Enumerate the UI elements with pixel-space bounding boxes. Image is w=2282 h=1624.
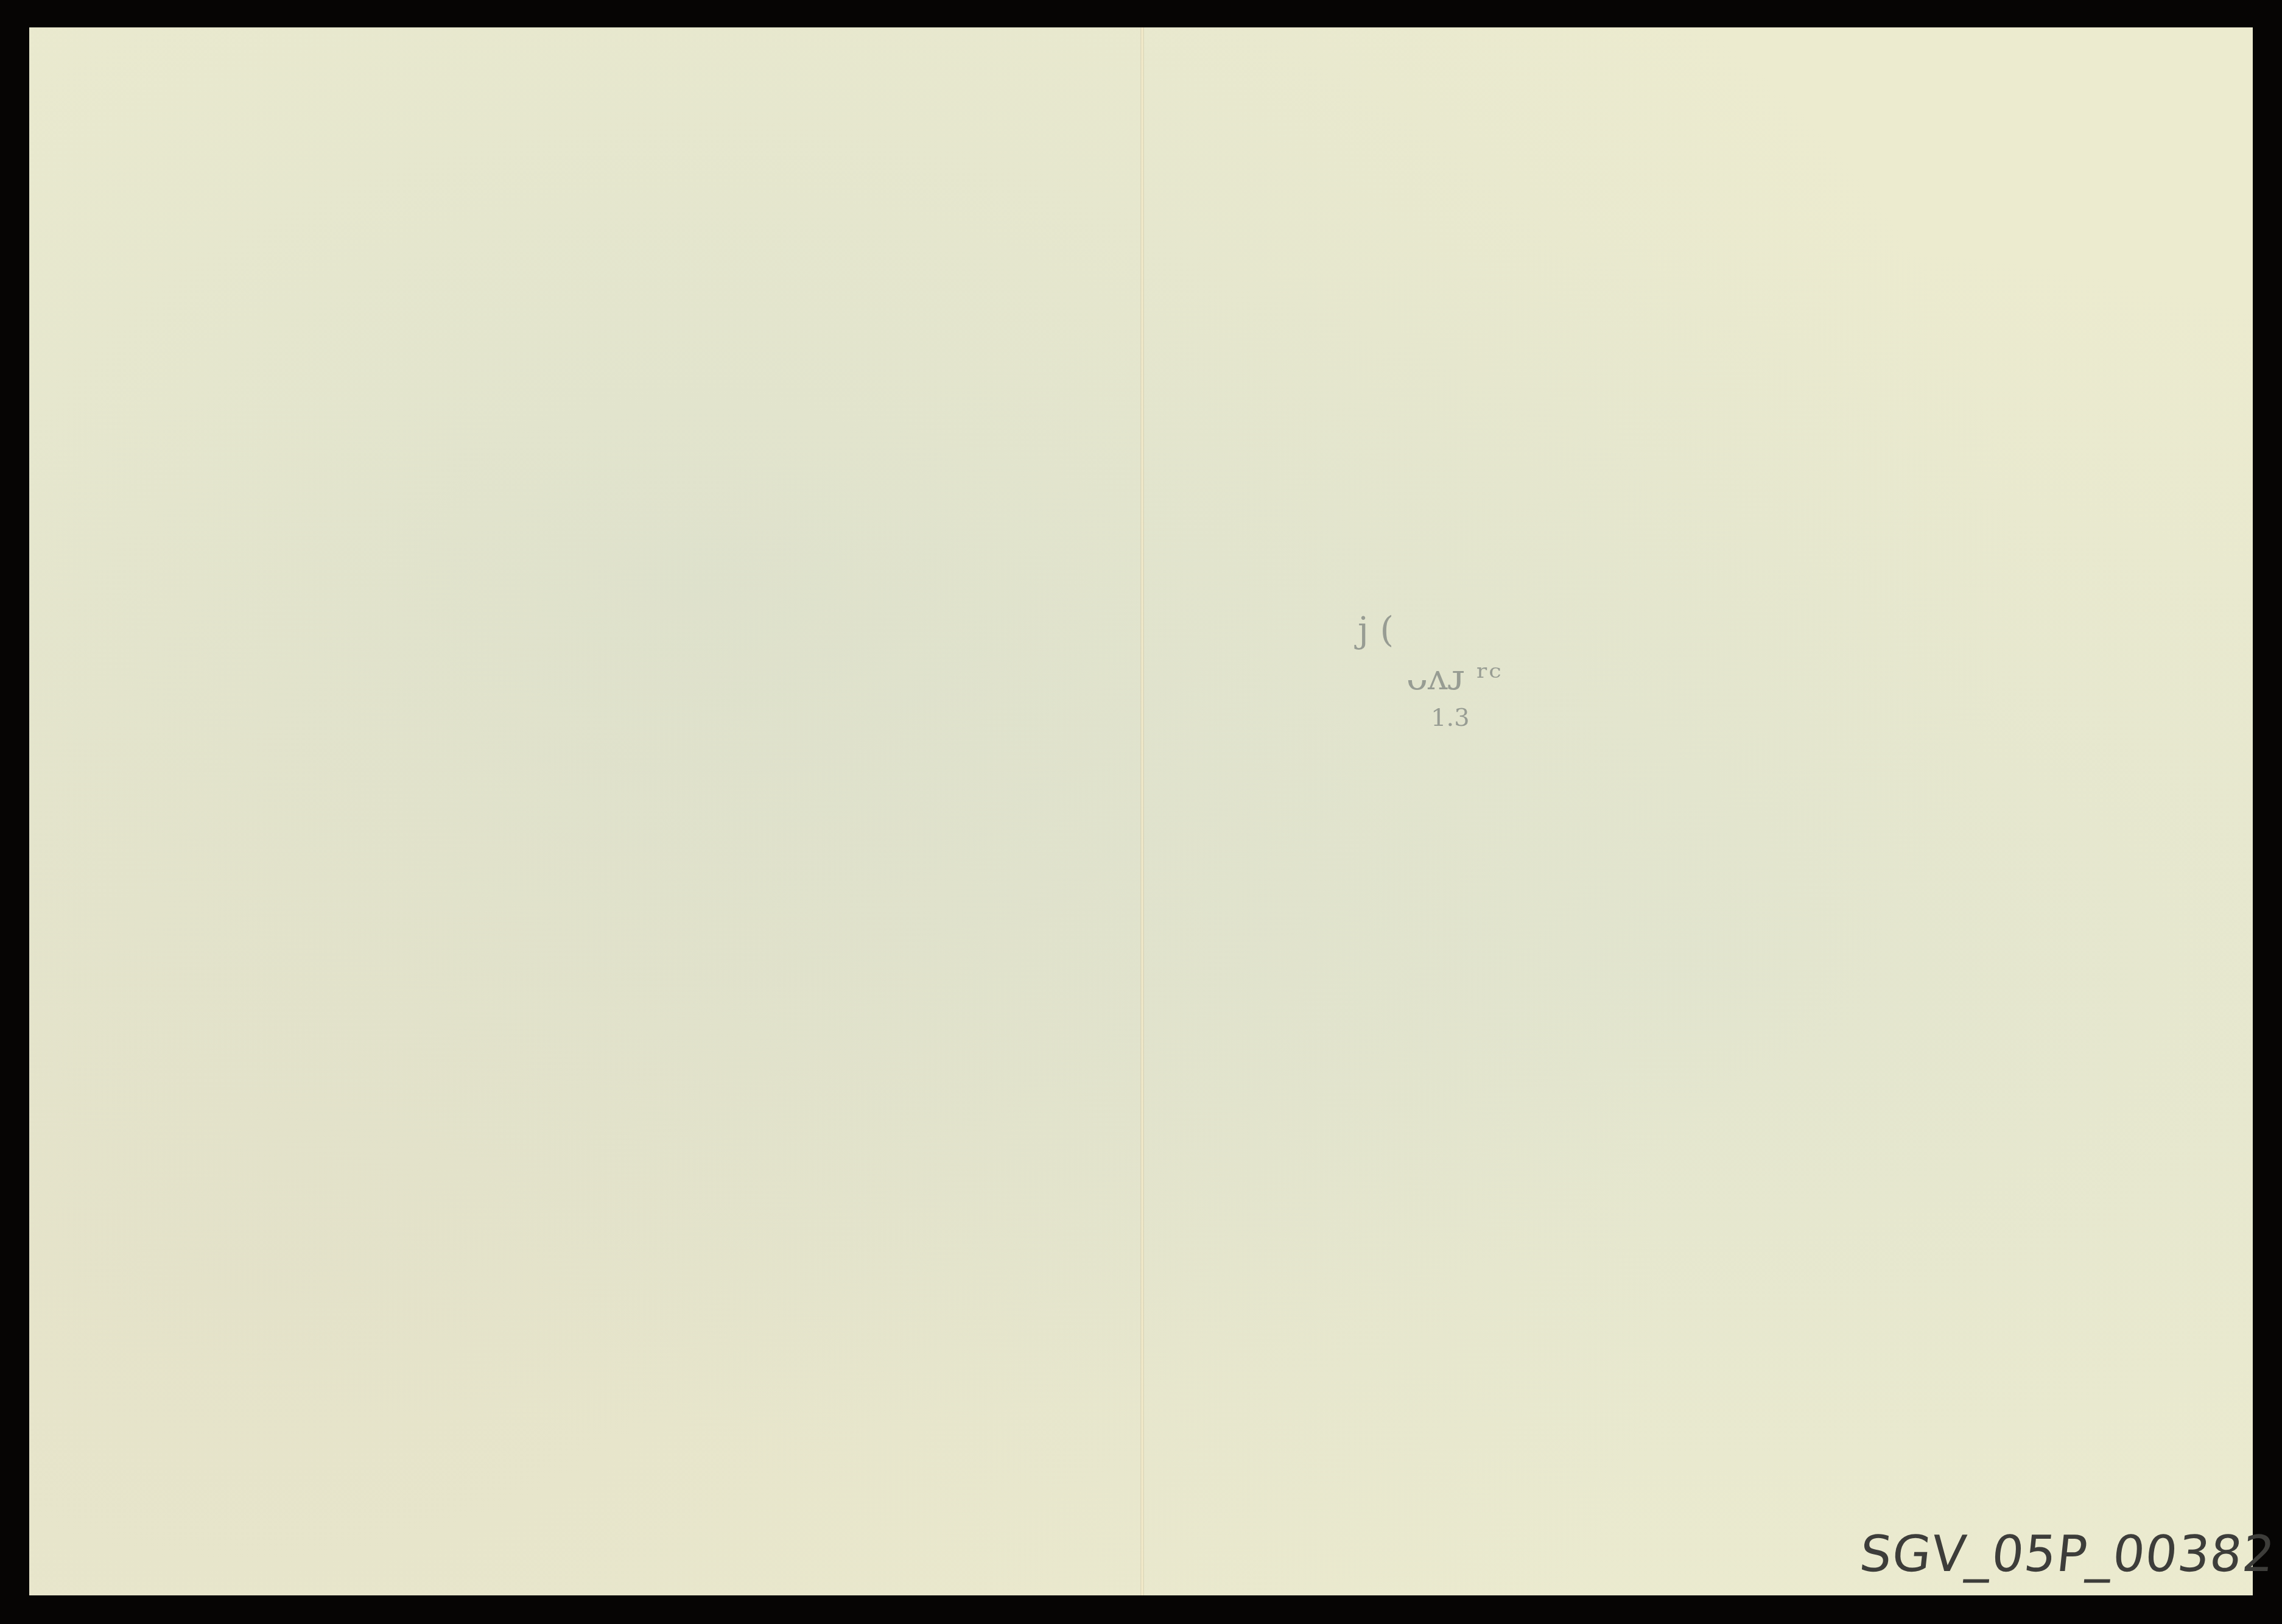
archive-reference-label: SGV_05P_00382	[1857, 1525, 2278, 1583]
faint-pencil-marks: j ( ᴗᴧᴊ ʳᶜ 1.3	[1358, 606, 1577, 789]
left-page	[29, 27, 1142, 1595]
pencil-mark: j (	[1358, 606, 1577, 653]
pencil-mark-illegible: ᴗᴧᴊ ʳᶜ	[1406, 653, 1577, 701]
pencil-mark: 1.3	[1431, 701, 1577, 734]
right-page	[1143, 27, 2253, 1595]
paper-sheet	[29, 27, 2253, 1595]
